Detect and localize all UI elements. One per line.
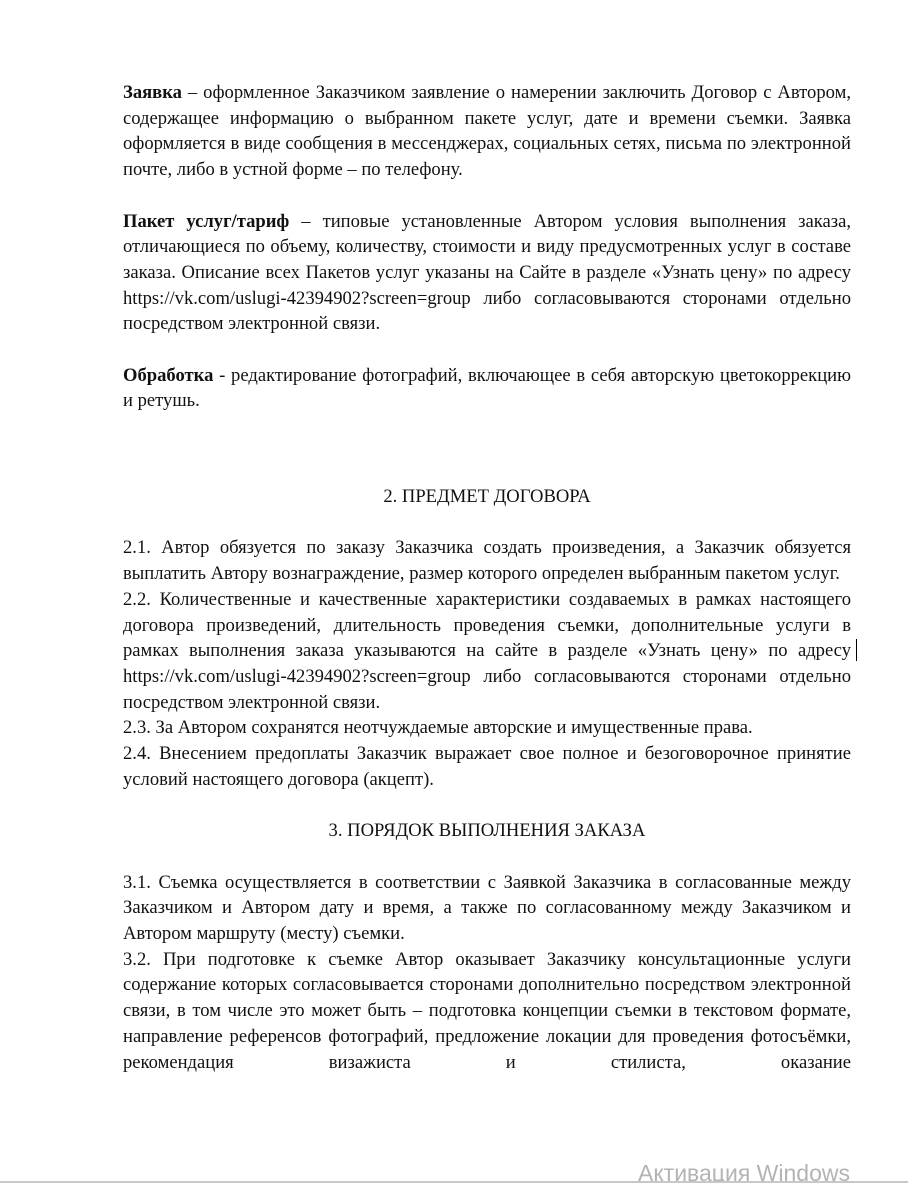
blank-line	[123, 510, 851, 536]
blank-line	[123, 793, 851, 819]
blank-line	[123, 183, 851, 209]
windows-activation-watermark: Активация Windows	[638, 1160, 850, 1183]
definition-term: Пакет услуг/тариф	[123, 211, 289, 232]
clause-2-1: 2.1. Автор обязуется по заказу Заказчика…	[123, 535, 851, 586]
definition-paket-uslug: Пакет услуг/тариф – типовые установленны…	[123, 209, 851, 338]
section-heading-2: 2. ПРЕДМЕТ ДОГОВОРА	[123, 484, 851, 510]
definition-term: Заявка	[123, 82, 182, 103]
section-heading-3: 3. ПОРЯДОК ВЫПОЛНЕНИЯ ЗАКАЗА	[123, 818, 851, 844]
definition-text: - редактирование фотографий, включающее …	[123, 365, 851, 412]
clause-2-2: 2.2. Количественные и качественные харак…	[123, 587, 851, 716]
blank-space	[123, 414, 851, 484]
document-page[interactable]: Заявка – оформленное Заказчиком заявлени…	[123, 80, 851, 1075]
definition-zayavka: Заявка – оформленное Заказчиком заявлени…	[123, 80, 851, 183]
definition-obrabotka: Обработка - редактирование фотографий, в…	[123, 363, 851, 414]
blank-line	[123, 337, 851, 363]
definition-text: – оформленное Заказчиком заявление о нам…	[123, 82, 851, 180]
definition-term: Обработка	[123, 365, 213, 386]
text-cursor	[856, 639, 857, 661]
blank-line	[123, 844, 851, 870]
clause-2-3: 2.3. За Автором сохранятся неотчуждаемые…	[123, 715, 851, 741]
clause-3-1: 3.1. Съемка осуществляется в соответстви…	[123, 870, 851, 947]
clause-2-4: 2.4. Внесением предоплаты Заказчик выраж…	[123, 741, 851, 792]
clause-3-2: 3.2. При подготовке к съемке Автор оказы…	[123, 947, 851, 1076]
